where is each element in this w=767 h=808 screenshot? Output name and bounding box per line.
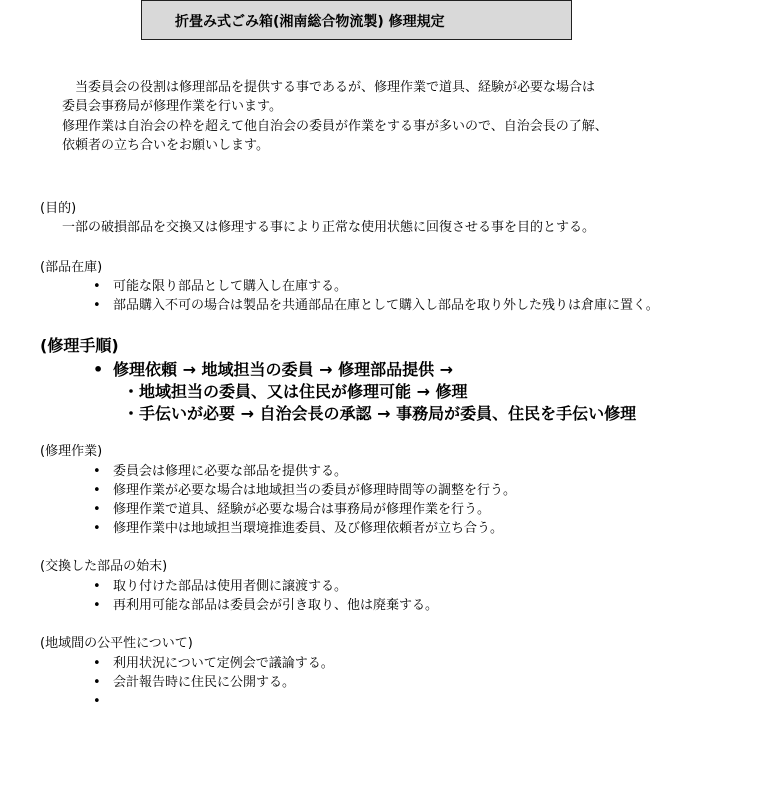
bullet-icon: • — [93, 656, 113, 672]
section-heading-repair-work: (修理作業) — [40, 444, 102, 460]
fairness-item: •会計報告時に住民に公開する。 — [93, 675, 295, 691]
intro-line-4: 依頼者の立ち合いをお願いします。 — [62, 138, 269, 154]
bullet-icon: • — [93, 579, 113, 595]
intro-line-3: 修理作業は自治会の枠を超えて他自治会の委員が作業をする事が多いので、自治会長の了… — [62, 119, 608, 135]
bullet-icon: • — [93, 360, 113, 380]
repair-work-item: •委員会は修理に必要な部品を提供する。 — [93, 464, 347, 480]
fairness-item-text: 会計報告時に住民に公開する。 — [113, 675, 295, 690]
title-box: 折畳み式ごみ箱(湘南総合物流製) 修理規定 — [141, 0, 572, 40]
bullet-icon: • — [93, 502, 113, 518]
bullet-icon: • — [93, 279, 113, 295]
bullet-icon: • — [93, 298, 113, 314]
document-title: 折畳み式ごみ箱(湘南総合物流製) 修理規定 — [175, 11, 445, 31]
replaced-parts-item-text: 取り付けた部品は使用者側に譲渡する。 — [113, 579, 347, 594]
section-heading-fairness: (地域間の公平性について) — [40, 636, 193, 652]
repair-work-item-text: 修理作業が必要な場合は地域担当の委員が修理時間等の調整を行う。 — [113, 483, 516, 498]
bullet-icon: • — [93, 675, 113, 691]
procedure-sub-item-1: ・地域担当の委員、又は住民が修理可能 → 修理 — [123, 382, 468, 402]
bullet-icon: • — [93, 464, 113, 480]
section-heading-parts-stock: (部品在庫) — [40, 260, 102, 276]
parts-stock-item-text: 可能な限り部品として購入し在庫する。 — [113, 279, 347, 294]
repair-work-item: •修理作業が必要な場合は地域担当の委員が修理時間等の調整を行う。 — [93, 483, 516, 499]
repair-work-item-text: 委員会は修理に必要な部品を提供する。 — [113, 464, 347, 479]
bullet-icon: • — [93, 694, 113, 710]
replaced-parts-item: •取り付けた部品は使用者側に譲渡する。 — [93, 579, 347, 595]
repair-work-item-text: 修理作業中は地域担当環境推進委員、及び修理依頼者が立ち合う。 — [113, 521, 503, 536]
procedure-main-item-text: 修理依頼 → 地域担当の委員 → 修理部品提供 → — [113, 360, 453, 379]
procedure-sub-item-2: ・手伝いが必要 → 自治会長の承認 → 事務局が委員、住民を手伝い修理 — [123, 404, 636, 424]
section-heading-purpose: (目的) — [40, 201, 76, 217]
fairness-item: • — [93, 694, 113, 710]
repair-work-item: •修理作業中は地域担当環境推進委員、及び修理依頼者が立ち合う。 — [93, 521, 503, 537]
bullet-icon: • — [93, 483, 113, 499]
intro-line-1: 当委員会の役割は修理部品を提供する事であるが、修理作業で道具、経験が必要な場合は — [75, 80, 595, 96]
parts-stock-item: •可能な限り部品として購入し在庫する。 — [93, 279, 347, 295]
parts-stock-item-text: 部品購入不可の場合は製品を共通部品在庫として購入し部品を取り外した残りは倉庫に置… — [113, 298, 659, 313]
section-heading-replaced-parts: (交換した部品の始末) — [40, 559, 167, 575]
intro-line-2: 委員会事務局が修理作業を行います。 — [62, 99, 282, 115]
bullet-icon: • — [93, 521, 113, 537]
section-heading-repair-procedure: (修理手順) — [40, 336, 119, 356]
repair-work-item-text: 修理作業で道具、経験が必要な場合は事務局が修理作業を行う。 — [113, 502, 490, 517]
fairness-item-text: 利用状況について定例会で議論する。 — [113, 656, 334, 671]
parts-stock-item: •部品購入不可の場合は製品を共通部品在庫として購入し部品を取り外した残りは倉庫に… — [93, 298, 659, 314]
purpose-body: 一部の破損部品を交換又は修理する事により正常な使用状態に回復させる事を目的とする… — [62, 220, 595, 236]
fairness-item: •利用状況について定例会で議論する。 — [93, 656, 334, 672]
replaced-parts-item: •再利用可能な部品は委員会が引き取り、他は廃棄する。 — [93, 598, 438, 614]
bullet-icon: • — [93, 598, 113, 614]
procedure-main-item: •修理依頼 → 地域担当の委員 → 修理部品提供 → — [93, 360, 453, 380]
replaced-parts-item-text: 再利用可能な部品は委員会が引き取り、他は廃棄する。 — [113, 598, 438, 613]
repair-work-item: •修理作業で道具、経験が必要な場合は事務局が修理作業を行う。 — [93, 502, 490, 518]
